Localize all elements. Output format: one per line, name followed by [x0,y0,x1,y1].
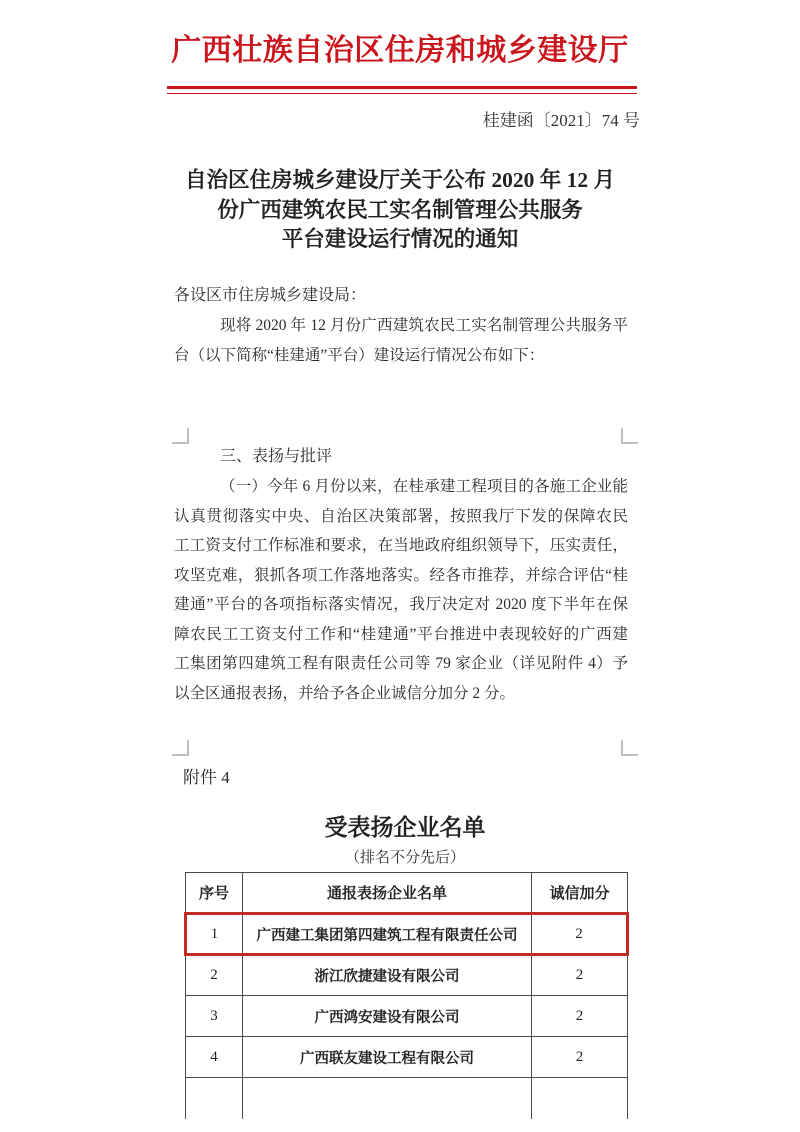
table-header-row: 序号 通报表扬企业名单 诚信加分 [186,873,628,914]
list-subtitle: （排名不分先后） [184,848,626,869]
notice-title-line: 份广西建筑农民工实名制管理公共服务 [100,196,700,226]
table-body: 1 广西建工集团第四建筑工程有限责任公司 2 2 浙江欣捷建设有限公司 2 3 … [186,914,628,1078]
list-title: 受表扬企业名单 [184,812,626,844]
body-paragraph: （一）今年 6 月份以来，在桂承建工程项目的各施工企业能认真贯彻落实中央、自治区… [174,472,628,708]
cell-score: 2 [532,914,628,955]
intro-paragraph: 现将 2020 年 12 月份广西建筑农民工实名制管理公共服务平台（以下简称“桂… [174,311,628,370]
doc-number: 桂建函〔2021〕74 号 [483,110,640,132]
notice-title-line: 自治区住房城乡建设厅关于公布 2020 年 12 月 [100,166,700,196]
text-line: 现将 2020 年 12 月份广西建筑农民工实名制管理公共服务平 [174,311,628,341]
org-title: 广西壮族自治区住房和城乡建设厅 [0,28,800,74]
cell-no: 2 [186,955,243,996]
cell-score: 2 [532,996,628,1037]
text-line: 工集团第四建筑工程有限责任公司等 79 家企业（详见附件 4）予 [174,649,628,679]
cell-no: 4 [186,1037,243,1078]
red-double-rule [167,86,637,94]
salutation: 各设区市住房城乡建设局： [174,285,366,307]
text-line: 以全区通报表扬，并给予各企业诚信分加分 2 分。 [174,679,628,709]
notice-title: 自治区住房城乡建设厅关于公布 2020 年 12 月份广西建筑农民工实名制管理公… [100,166,700,255]
cell-company: 广西鸿安建设有限公司 [243,996,532,1037]
section-heading: 三、表扬与批评 [174,446,628,468]
header-cell-score: 诚信加分 [532,873,628,914]
header-cell-company: 通报表扬企业名单 [243,873,532,914]
table-row: 3 广西鸿安建设有限公司 2 [186,996,628,1037]
corner-mark-right-icon [621,428,638,444]
cell-score: 2 [532,955,628,996]
table-row: 1 广西建工集团第四建筑工程有限责任公司 2 [186,914,628,955]
cell-no: 1 [186,914,243,955]
text-line: 认真贯彻落实中央、自治区决策部署，按照我厅下发的保障农民 [174,502,628,532]
text-line: 攻坚克难，狠抓各项工作落地落实。经各市推荐，并综合评估“桂 [174,561,628,591]
corner-mark-right-icon [621,740,638,756]
table-row-partial [186,1078,628,1119]
table-row: 4 广西联友建设工程有限公司 2 [186,1037,628,1078]
cell-company: 浙江欣捷建设有限公司 [243,955,532,996]
cell-score: 2 [532,1037,628,1078]
notice-title-line: 平台建设运行情况的通知 [100,225,700,255]
praise-table: 序号 通报表扬企业名单 诚信加分 1 广西建工集团第四建筑工程有限责任公司 2 … [184,872,629,1119]
cell-company: 广西建工集团第四建筑工程有限责任公司 [243,914,532,955]
text-line: 障农民工工资支付工作和“桂建通”平台推进中表现较好的广西建 [174,620,628,650]
text-line: 工工资支付工作标准和要求，在当地政府组织领导下，压实责任， [174,531,628,561]
corner-mark-left-icon [172,740,189,756]
cell-company: 广西联友建设工程有限公司 [243,1037,532,1078]
text-line: 建通”平台的各项指标落实情况，我厅决定对 2020 度下半年在保 [174,590,628,620]
attachment-label: 附件 4 [183,766,230,790]
text-line: 台（以下简称“桂建通”平台）建设运行情况公布如下： [174,341,628,371]
text-line: （一）今年 6 月份以来，在桂承建工程项目的各施工企业能 [174,472,628,502]
header-cell-no: 序号 [186,873,243,914]
table-row: 2 浙江欣捷建设有限公司 2 [186,955,628,996]
document-page: 广西壮族自治区住房和城乡建设厅 桂建函〔2021〕74 号 自治区住房城乡建设厅… [0,0,800,1132]
cell-no: 3 [186,996,243,1037]
corner-mark-left-icon [172,428,189,444]
